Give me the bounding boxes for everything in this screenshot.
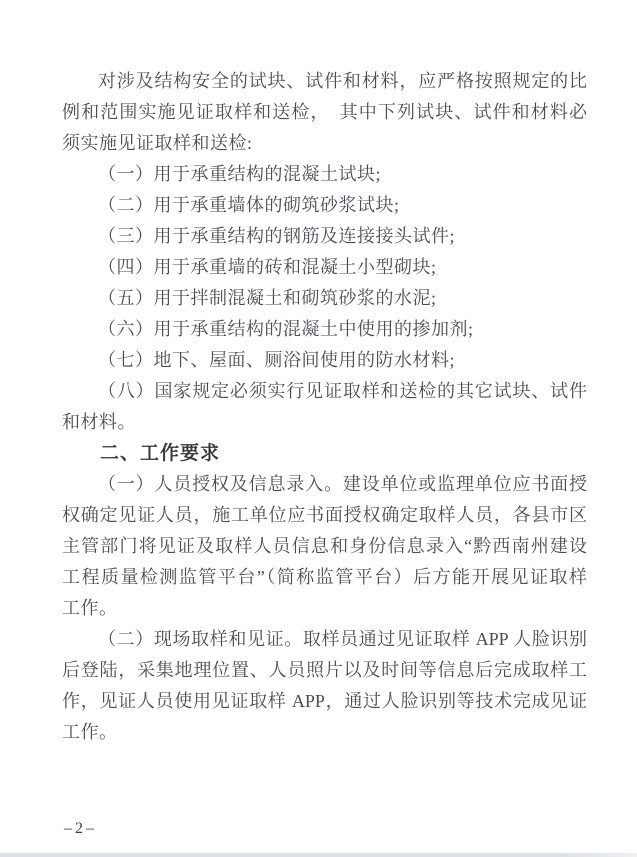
list-item-8: （八）国家规定必须实行见证取样和送检的其它试块、试件 <box>62 376 587 407</box>
scan-edge-artifact <box>0 853 637 857</box>
list-item-2: （二）用于承重墙体的砌筑砂浆试块; <box>62 190 587 221</box>
text-line: 须实施见证取样和送检: <box>62 128 587 159</box>
text-line: 主管部门将见证及取样人员信息和身份信息录入“黔西南州建设 <box>62 531 587 562</box>
text-line: 后登陆，采集地理位置、人员照片以及时间等信息后完成取样工 <box>62 655 587 686</box>
text-line: 对涉及结构安全的试块、试件和材料，应严格按照规定的比 <box>62 66 587 97</box>
list-item-3: （三）用于承重结构的钢筋及连接接头试件; <box>62 221 587 252</box>
list-item-5: （五）用于拌制混凝土和砌筑砂浆的水泥; <box>62 283 587 314</box>
list-item-7: （七）地下、屋面、厕浴间使用的防水材料; <box>62 345 587 376</box>
text-line: （一）人员授权及信息录入。建设单位或监理单位应书面授 <box>62 469 587 500</box>
text-line: 作，见证人员使用见证取样 APP，通过人脸识别等技术完成见证 <box>62 686 587 717</box>
text-line: 和材料。 <box>62 407 587 438</box>
section-heading: 二、工作要求 <box>62 438 587 469</box>
list-item-6: （六）用于承重结构的混凝土中使用的掺加剂; <box>62 314 587 345</box>
document-page: 对涉及结构安全的试块、试件和材料，应严格按照规定的比 例和范围实施见证取样和送检… <box>0 0 637 857</box>
page-number: –2– <box>64 820 97 838</box>
list-item-4: （四）用于承重墙的砖和混凝土小型砌块; <box>62 252 587 283</box>
text-line: 工程质量检测监管平台”（简称监管平台）后方能开展见证取样 <box>62 562 587 593</box>
text-line: 例和范围实施见证取样和送检， 其中下列试块、试件和材料必 <box>62 97 587 128</box>
text-line: （二）现场取样和见证。取样员通过见证取样 APP 人脸识别 <box>62 624 587 655</box>
document-body: 对涉及结构安全的试块、试件和材料，应严格按照规定的比 例和范围实施见证取样和送检… <box>62 66 587 748</box>
text-line: 工作。 <box>62 593 587 624</box>
text-line: 权确定见证人员，施工单位应书面授权确定取样人员，各县市区 <box>62 500 587 531</box>
text-line: 工作。 <box>62 717 587 748</box>
list-item-1: （一）用于承重结构的混凝土试块; <box>62 159 587 190</box>
